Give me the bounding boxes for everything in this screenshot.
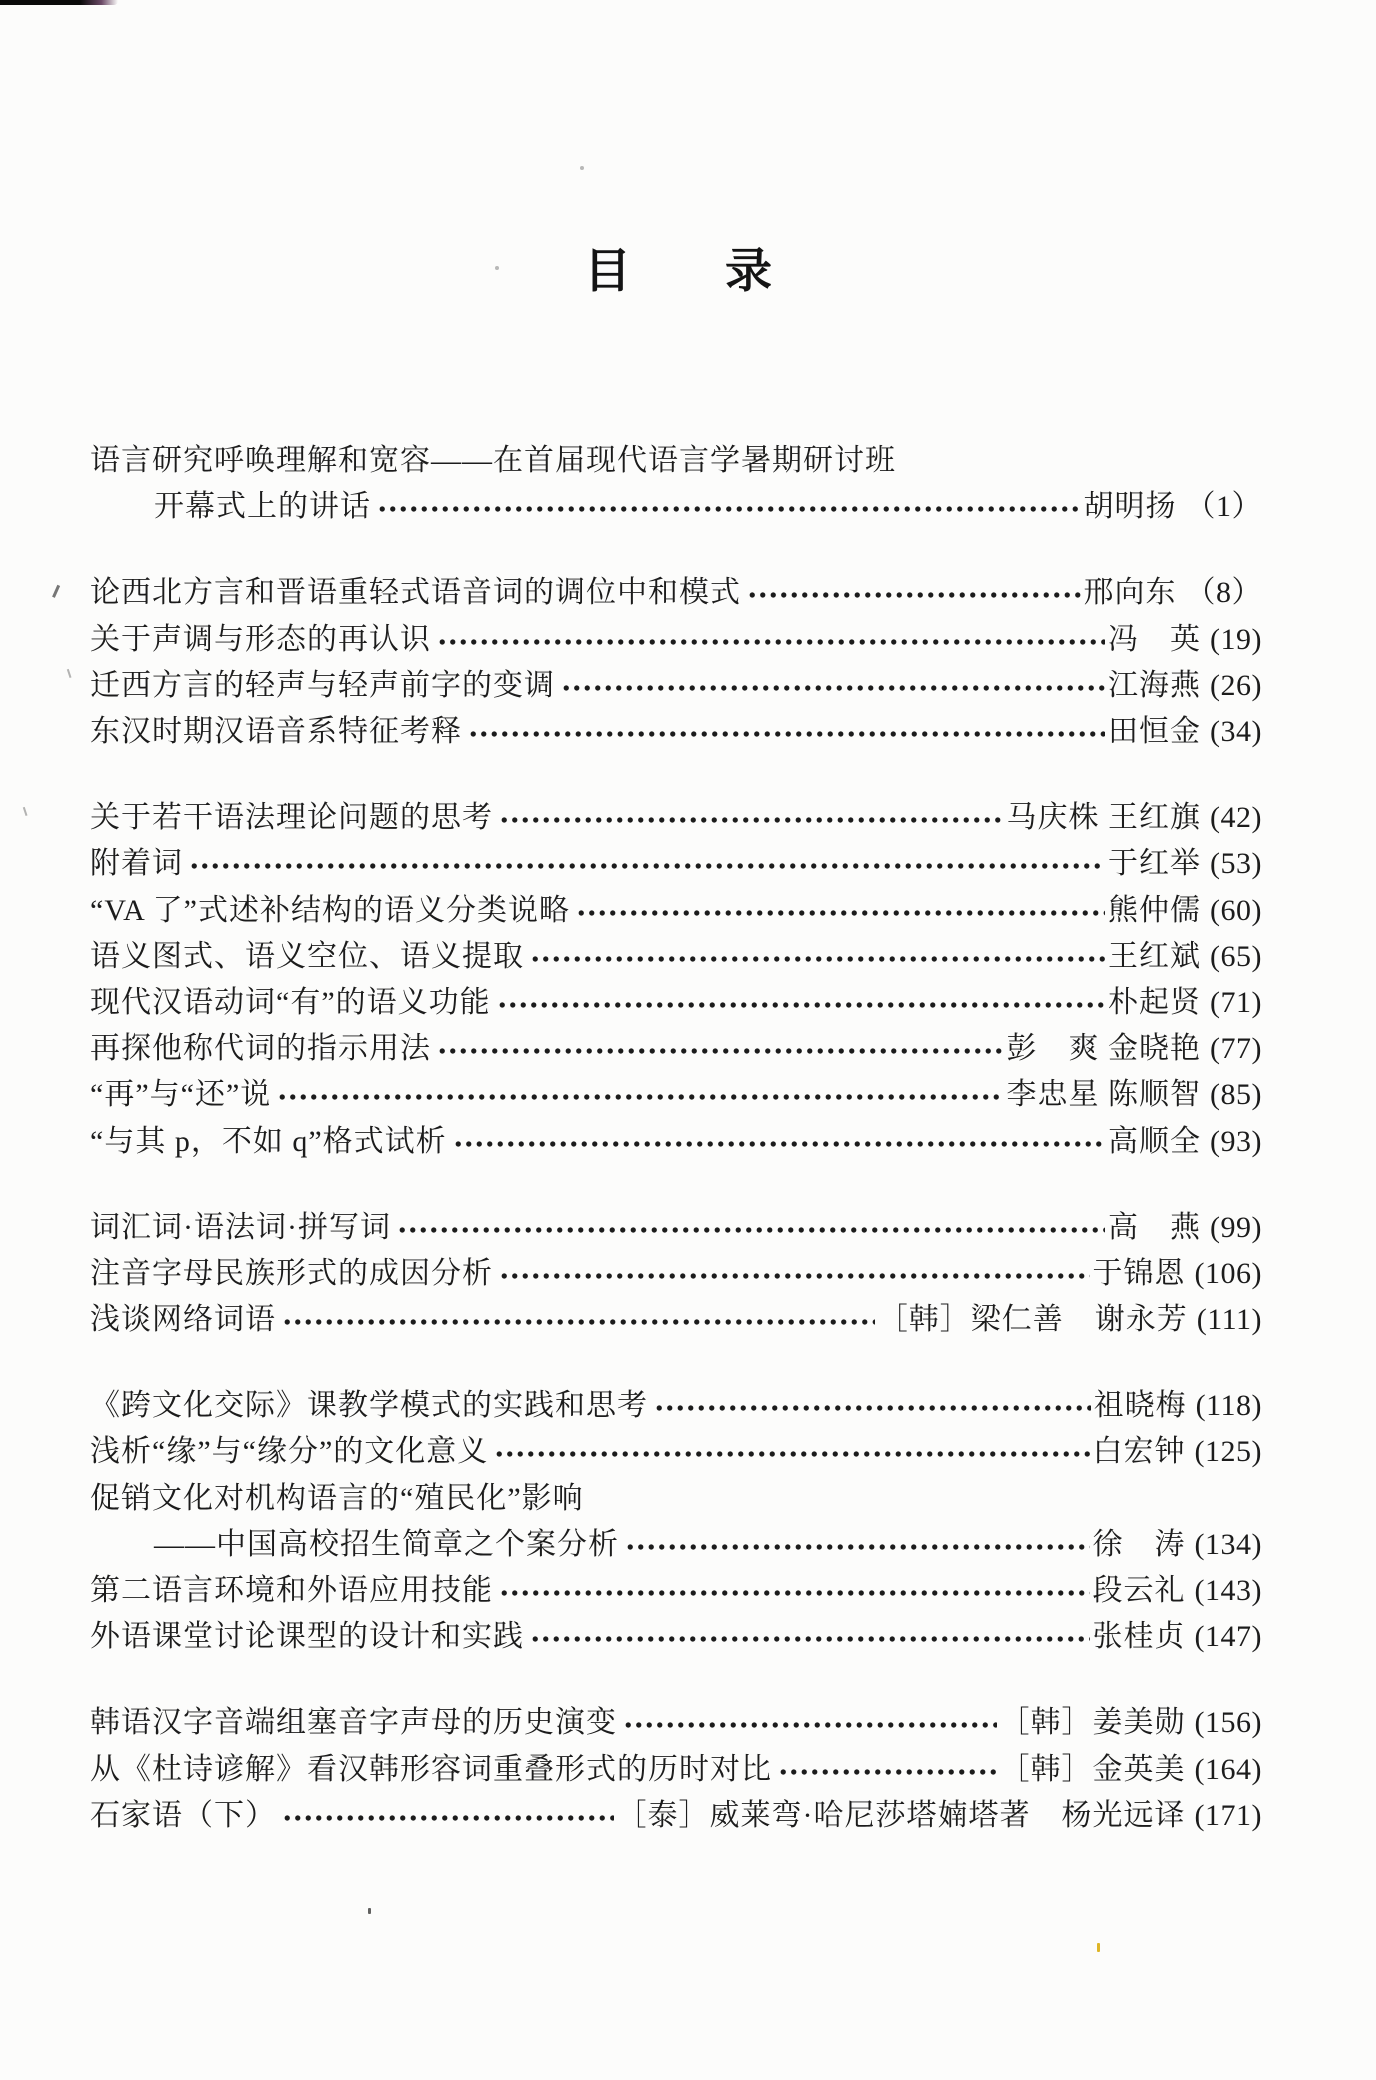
entry-title: 关于若干语法理论问题的思考 [90, 795, 493, 841]
toc-entry: 关于若干语法理论问题的思考 马庆株 王红旗 (42) [90, 795, 1262, 841]
toc-entry: 语言研究呼唤理解和宽容——在首届现代语言学暑期研讨班 [90, 438, 1262, 484]
entry-title: 注音字母民族形式的成因分析 [90, 1251, 493, 1297]
dotted-leader [497, 815, 1004, 825]
entry-authors: 祖晓梅 [1094, 1383, 1187, 1429]
scanned-toc-page: 目 录 语言研究呼唤理解和宽容——在首届现代语言学暑期研讨班 开幕式上的讲话 胡… [0, 0, 1376, 2080]
entry-authors: 王红斌 [1108, 934, 1201, 980]
entry-title: 外语课堂讨论课型的设计和实践 [90, 1614, 524, 1660]
entry-page-number: (118) [1196, 1383, 1262, 1429]
entry-title: 促销文化对机构语言的“殖民化”影响 [90, 1476, 584, 1522]
scan-speck [580, 166, 584, 170]
entry-title: 论西北方言和晋语重轻式语音词的调位中和模式 [90, 570, 741, 616]
toc-entry: 外语课堂讨论课型的设计和实践 张桂贞 (147) [90, 1614, 1262, 1660]
entry-page-number: (34) [1210, 709, 1262, 755]
toc-entry: 东汉时期汉语音系特征考释 田恒金 (34) [90, 709, 1262, 755]
dotted-leader [375, 504, 1081, 514]
toc-entry: 开幕式上的讲话 胡明扬 （1） [90, 484, 1262, 530]
entry-authors: 江海燕 [1108, 663, 1201, 709]
entry-page-number: (77) [1210, 1026, 1262, 1072]
entry-authors: ［韩］梁仁善 谢永芳 [878, 1297, 1188, 1343]
toc-entry: 《跨文化交际》课教学模式的实践和思考 祖晓梅 (118) [90, 1383, 1262, 1429]
dotted-leader [466, 729, 1105, 739]
entry-authors: 冯 英 [1108, 617, 1201, 663]
entry-title: 韩语汉字音端组塞音字声母的历史演变 [90, 1700, 617, 1746]
dotted-leader [497, 1271, 1090, 1281]
entry-page-number: (171) [1195, 1793, 1262, 1839]
dotted-leader [623, 1542, 1090, 1552]
entry-title: 再探他称代词的指示用法 [90, 1026, 431, 1072]
entry-page-number: (93) [1210, 1119, 1262, 1165]
entry-page-number: (106) [1195, 1251, 1262, 1297]
entry-page-number: (71) [1210, 980, 1262, 1026]
dotted-leader [574, 908, 1105, 918]
entry-page-number: (156) [1195, 1700, 1262, 1746]
entry-title: “与其 p，不如 q”格式试析 [90, 1119, 447, 1165]
entry-authors: 于红举 [1108, 841, 1201, 887]
entry-page-number: (143) [1195, 1568, 1262, 1614]
entry-title: 东汉时期汉语音系特征考释 [90, 709, 462, 755]
dotted-leader [495, 1000, 1105, 1010]
entry-title: 迁西方言的轻声与轻声前字的变调 [90, 663, 555, 709]
dotted-leader [776, 1767, 997, 1777]
entry-title: 石家语（下） [90, 1793, 276, 1839]
entry-authors: ［韩］姜美勋 [1000, 1700, 1186, 1746]
scan-speck [67, 667, 77, 678]
entry-page-number: (53) [1210, 841, 1262, 887]
entry-title: 开幕式上的讲话 [154, 484, 371, 530]
toc-entry: 关于声调与形态的再认识 冯 英 (19) [90, 617, 1262, 663]
dotted-leader [652, 1403, 1091, 1413]
entry-authors: 彭 爽 金晓艳 [1007, 1026, 1202, 1072]
toc-entry: 注音字母民族形式的成因分析 于锦恩 (106) [90, 1251, 1262, 1297]
entry-title: 现代汉语动词“有”的语义功能 [90, 980, 491, 1026]
entry-page-number: (111) [1197, 1297, 1262, 1343]
toc-entry: “VA 了”式述补结构的语义分类说略 熊仲儒 (60) [90, 888, 1262, 934]
scan-speck [368, 1908, 371, 1914]
toc-entry: 促销文化对机构语言的“殖民化”影响 [90, 1476, 1262, 1522]
dotted-leader [435, 1046, 1004, 1056]
toc-entry: 浅谈网络词语 ［韩］梁仁善 谢永芳 (111) [90, 1297, 1262, 1343]
entry-authors: 段云礼 [1093, 1568, 1186, 1614]
entry-title: “VA 了”式述补结构的语义分类说略 [90, 888, 570, 934]
dotted-leader [559, 683, 1105, 693]
entry-authors: 马庆株 王红旗 [1007, 795, 1202, 841]
entry-authors: 胡明扬 [1084, 484, 1177, 530]
toc-entry: “与其 p，不如 q”格式试析 高顺全 (93) [90, 1118, 1262, 1164]
dotted-leader [395, 1225, 1105, 1235]
entry-title: 《跨文化交际》课教学模式的实践和思考 [90, 1383, 648, 1429]
toc-entry: 第二语言环境和外语应用技能 段云礼 (143) [90, 1568, 1262, 1614]
entry-page-number: (19) [1210, 617, 1262, 663]
entry-title: 浅谈网络词语 [90, 1297, 276, 1343]
entry-page-number: (125) [1195, 1429, 1262, 1475]
toc-entry: 词汇词·语法词·拼写词 高 燕 (99) [90, 1205, 1262, 1251]
dotted-leader [621, 1720, 997, 1730]
entry-authors: 熊仲儒 [1108, 888, 1201, 934]
entry-title: ——中国高校招生简章之个案分析 [154, 1522, 619, 1568]
toc-entry: 石家语（下） ［泰］威莱弯·哈尼莎塔婻塔著 杨光远译 (171) [90, 1793, 1262, 1839]
entry-title: 语义图式、语义空位、语义提取 [90, 934, 524, 980]
entry-page-number: (134) [1195, 1522, 1262, 1568]
entry-authors: 邢向东 [1084, 570, 1177, 616]
entry-authors: 张桂贞 [1093, 1614, 1186, 1660]
dotted-leader [275, 1092, 1003, 1102]
entry-authors: 李忠星 陈顺智 [1007, 1072, 1202, 1118]
entry-authors: 徐 涛 [1093, 1522, 1186, 1568]
entry-page-number: (60) [1210, 888, 1262, 934]
toc-entry: 从《杜诗谚解》看汉韩形容词重叠形式的历时对比 ［韩］金英美 (164) [90, 1747, 1262, 1793]
dotted-leader [528, 954, 1105, 964]
toc-entry: “再”与“还”说 李忠星 陈顺智 (85) [90, 1072, 1262, 1118]
toc-entry: 韩语汉字音端组塞音字声母的历史演变 ［韩］姜美勋 (156) [90, 1700, 1262, 1746]
toc-entry: 语义图式、语义空位、语义提取 王红斌 (65) [90, 934, 1262, 980]
entry-title: 关于声调与形态的再认识 [90, 617, 431, 663]
entry-page-number: （1） [1186, 484, 1263, 530]
entry-title: “再”与“还”说 [90, 1072, 271, 1118]
dotted-leader [187, 861, 1105, 871]
entry-page-number: (147) [1195, 1614, 1262, 1660]
dotted-leader [745, 590, 1081, 600]
page-title: 目 录 [0, 234, 1356, 301]
entry-authors: 高 燕 [1108, 1205, 1201, 1251]
entry-authors: ［泰］威莱弯·哈尼莎塔婻塔著 杨光远译 [617, 1793, 1186, 1839]
dotted-leader [528, 1634, 1090, 1644]
dotted-leader [435, 637, 1105, 647]
entry-page-number: （8） [1186, 570, 1263, 616]
entry-title: 语言研究呼唤理解和宽容——在首届现代语言学暑期研讨班 [90, 438, 896, 484]
entry-authors: 田恒金 [1108, 709, 1201, 755]
entry-page-number: (99) [1210, 1205, 1262, 1251]
dotted-leader [451, 1139, 1105, 1149]
entry-page-number: (164) [1195, 1747, 1262, 1793]
scan-speck [44, 581, 60, 598]
entry-authors: 白宏钟 [1093, 1429, 1186, 1475]
toc-entry: 现代汉语动词“有”的语义功能 朴起贤 (71) [90, 980, 1262, 1026]
toc-entry: 浅析“缘”与“缘分”的文化意义 白宏钟 (125) [90, 1429, 1262, 1475]
entry-title: 浅析“缘”与“缘分”的文化意义 [90, 1429, 488, 1475]
dotted-leader [492, 1449, 1089, 1459]
entry-authors: 朴起贤 [1108, 980, 1201, 1026]
toc-list: 语言研究呼唤理解和宽容——在首届现代语言学暑期研讨班 开幕式上的讲话 胡明扬 （… [90, 438, 1262, 1839]
dotted-leader [280, 1813, 614, 1823]
entry-title: 从《杜诗谚解》看汉韩形容词重叠形式的历时对比 [90, 1747, 772, 1793]
entry-page-number: (26) [1210, 663, 1262, 709]
entry-page-number: (85) [1210, 1072, 1262, 1118]
entry-page-number: (42) [1210, 795, 1262, 841]
entry-title: 词汇词·语法词·拼写词 [90, 1205, 391, 1251]
scan-edge-artifact [0, 0, 118, 5]
toc-entry: ——中国高校招生简章之个案分析 徐 涛 (134) [90, 1522, 1262, 1568]
toc-entry: 迁西方言的轻声与轻声前字的变调 江海燕 (26) [90, 663, 1262, 709]
entry-authors: 于锦恩 [1093, 1251, 1186, 1297]
entry-authors: ［韩］金英美 [1000, 1747, 1186, 1793]
entry-title: 附着词 [90, 841, 183, 887]
dotted-leader [280, 1317, 875, 1327]
entry-page-number: (65) [1210, 934, 1262, 980]
dotted-leader [497, 1588, 1090, 1598]
entry-title: 第二语言环境和外语应用技能 [90, 1568, 493, 1614]
toc-entry: 再探他称代词的指示用法 彭 爽 金晓艳 (77) [90, 1026, 1262, 1072]
scan-speck [1097, 1943, 1100, 1952]
toc-entry: 附着词 于红举 (53) [90, 841, 1262, 887]
entry-authors: 高顺全 [1108, 1119, 1201, 1165]
toc-entry: 论西北方言和晋语重轻式语音词的调位中和模式 邢向东 （8） [90, 570, 1262, 616]
scan-speck [23, 805, 33, 816]
